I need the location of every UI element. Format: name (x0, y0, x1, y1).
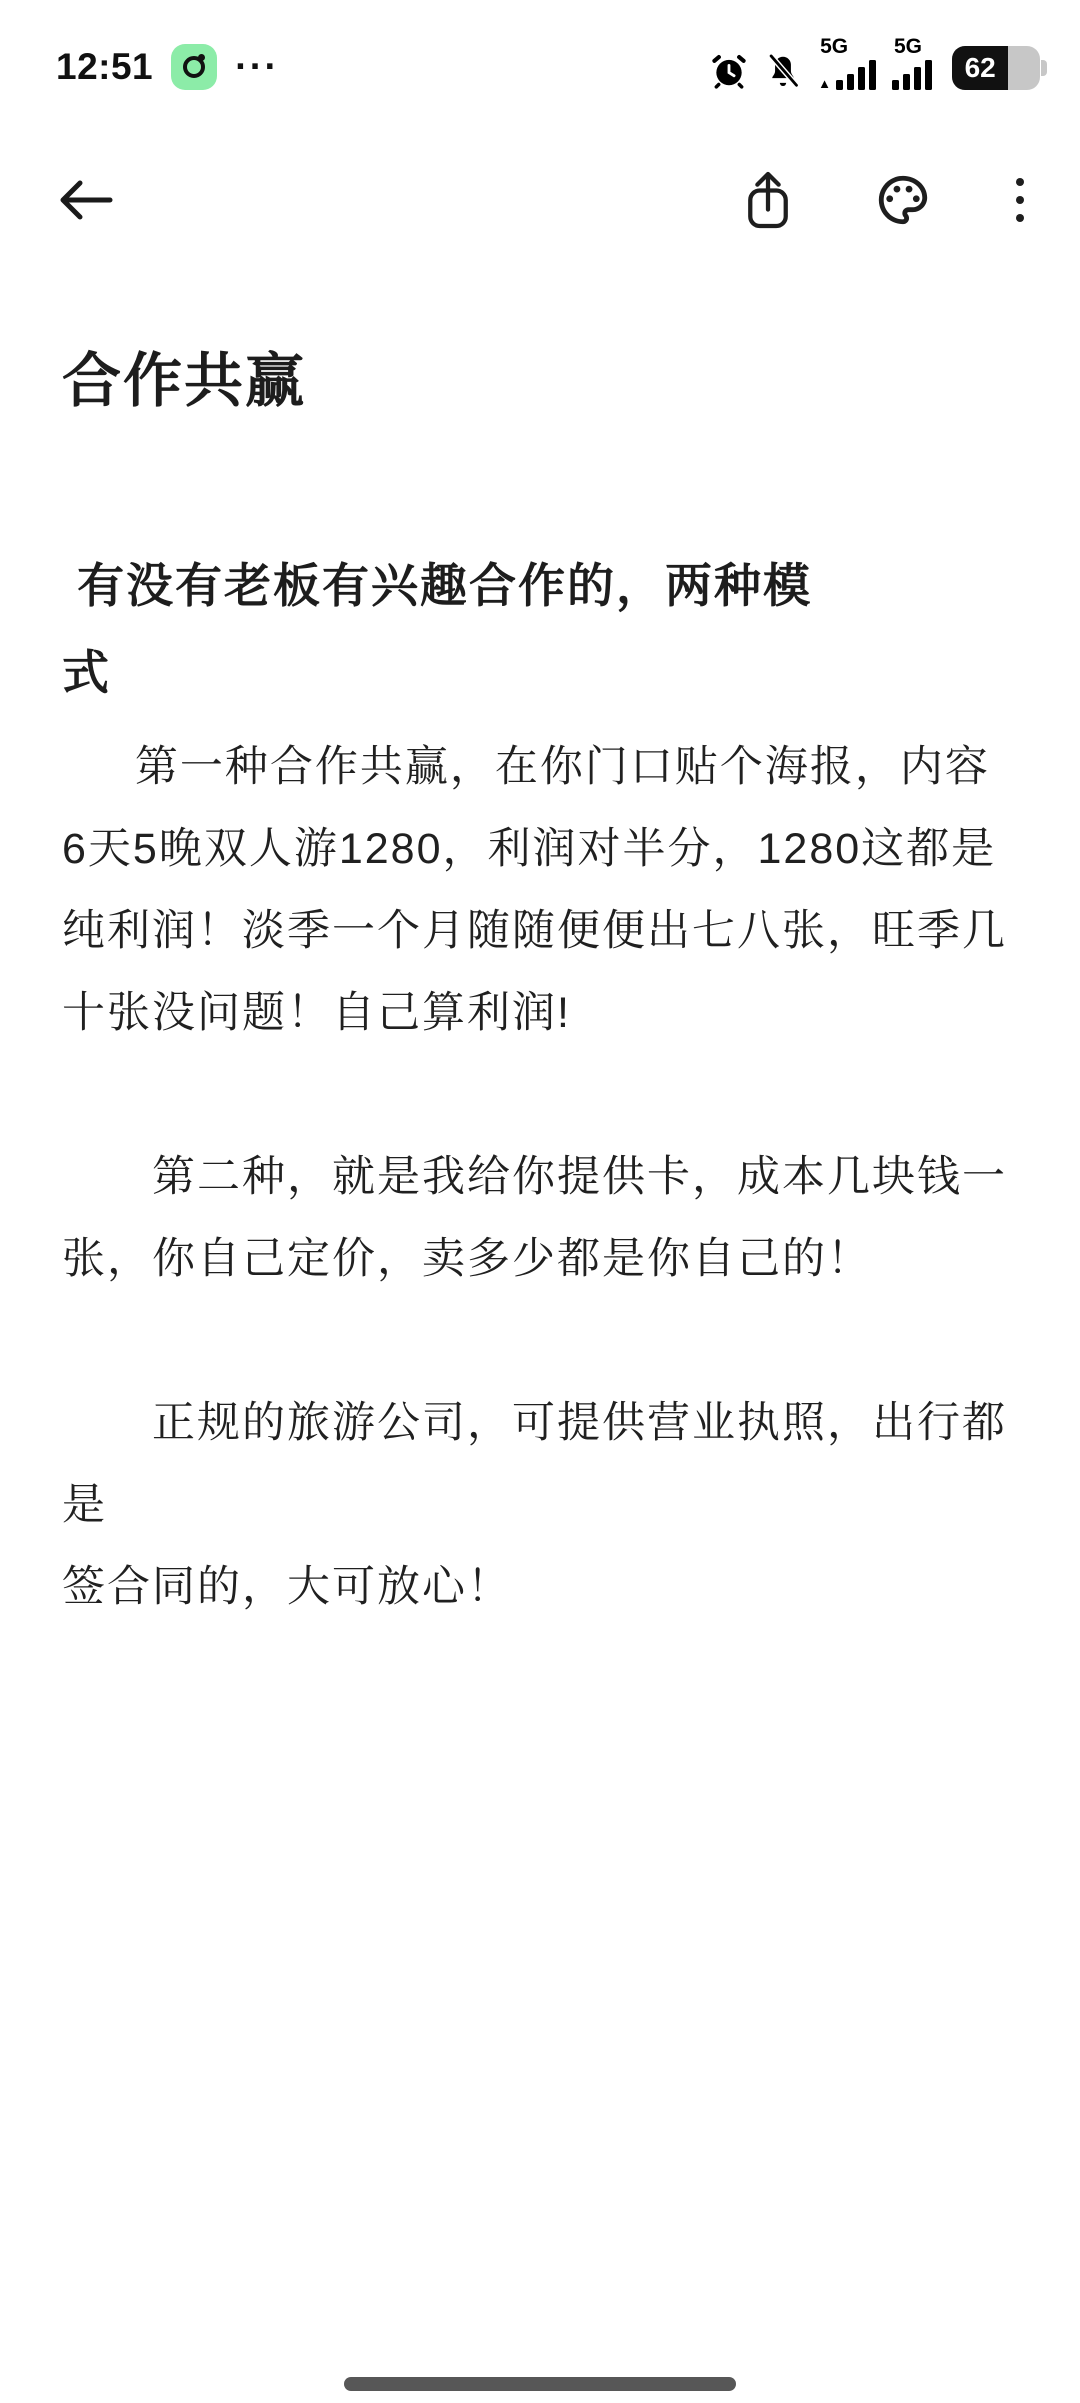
note-paragraph-2[interactable]: 第二种，就是我给你提供卡，成本几块钱一 张，你自己定价，卖多少都是你自己的！ (62, 1136, 1036, 1300)
home-indicator[interactable] (344, 2377, 736, 2391)
note-subtitle[interactable]: 有没有老板有兴趣合作的，两种模 式 (62, 542, 1036, 716)
mute-bell-icon (764, 52, 802, 90)
network-type-label-2: 5G (894, 36, 922, 57)
data-arrow-icon: ▲ (818, 77, 831, 90)
note-content: 合作共赢 有没有老板有兴趣合作的，两种模 式 第一种合作共赢，在你门口贴个海报，… (0, 348, 1080, 1628)
toolbar-actions (742, 169, 1028, 231)
battery-percent: 62 (952, 46, 1008, 90)
status-bar-left: 12:51 ··· (56, 44, 279, 90)
note-title[interactable]: 合作共赢 (62, 348, 1036, 416)
kebab-dot (1016, 178, 1024, 186)
status-bar-right: 5G ▲ 5G 62 (710, 36, 1040, 90)
share-icon (742, 169, 794, 231)
theme-button[interactable] (874, 171, 932, 229)
alarm-icon (710, 52, 748, 90)
screen-record-badge-icon (171, 44, 217, 90)
battery-icon: 62 (948, 46, 1040, 90)
status-bar: 12:51 ··· 5G ▲ 5G (0, 0, 1080, 100)
kebab-dot (1016, 196, 1024, 204)
signal-sim2: 5G (892, 36, 932, 90)
more-menu-button[interactable] (1012, 174, 1028, 226)
notification-more-icon: ··· (235, 57, 279, 77)
signal-sim1: 5G ▲ (818, 36, 876, 90)
clock-time: 12:51 (56, 46, 153, 88)
toolbar (0, 148, 1080, 252)
palette-icon (874, 171, 932, 229)
record-ring-icon (183, 56, 205, 78)
share-button[interactable] (742, 169, 794, 231)
note-paragraph-3[interactable]: 正规的旅游公司，可提供营业执照，出行都是 签合同的，大可放心！ (62, 1382, 1036, 1628)
signal-bars-icon-1: ▲ (818, 60, 876, 90)
signal-bars-icon-2 (892, 60, 932, 90)
arrow-left-icon (56, 176, 116, 224)
network-type-label-1: 5G (820, 36, 848, 57)
note-paragraph-1[interactable]: 第一种合作共赢，在你门口贴个海报，内容 6天5晚双人游1280，利润对半分，12… (62, 726, 1036, 1054)
back-button[interactable] (56, 176, 116, 224)
kebab-dot (1016, 214, 1024, 222)
